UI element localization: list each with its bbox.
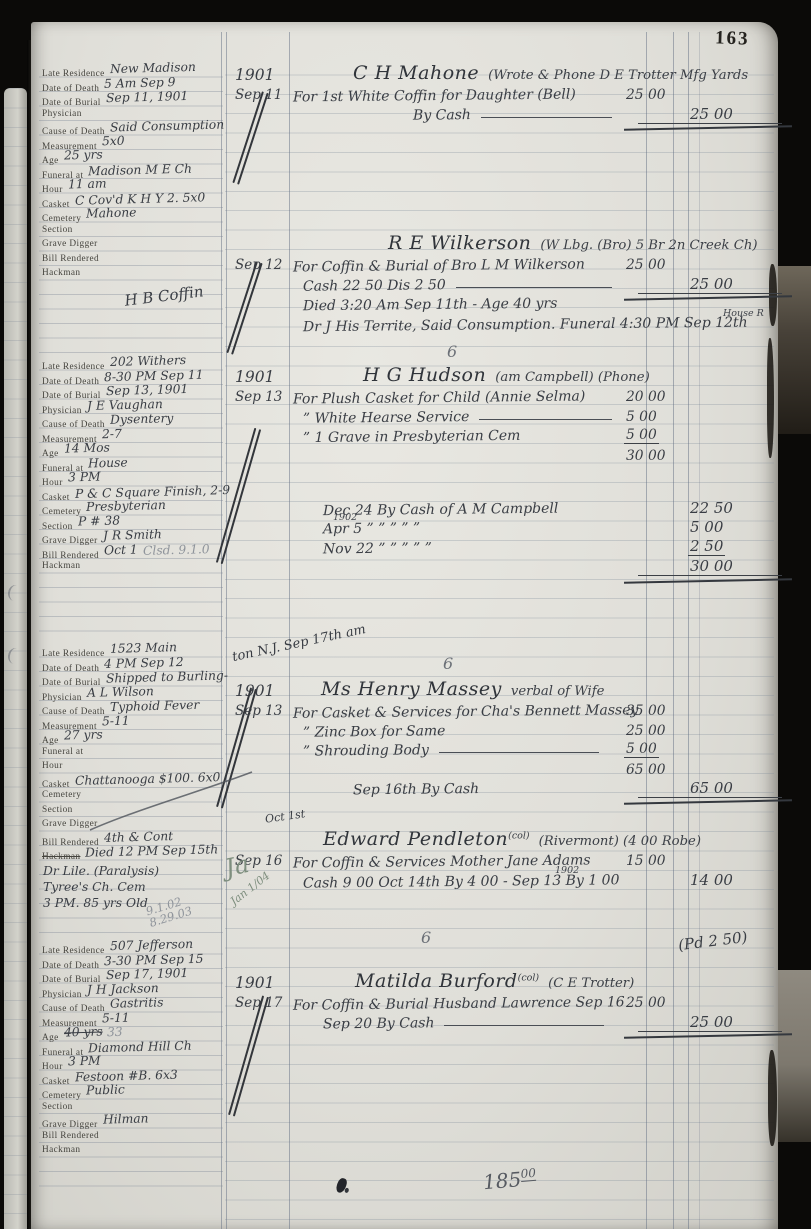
entry-header: R E Wilkerson(W Lbg. (Bro) 5 Br 2n Creek…: [231, 228, 778, 254]
credit-amount: 25 00: [688, 275, 735, 293]
form-row: Cause of DeathGastritis: [39, 998, 223, 1013]
form-row: Cause of DeathDysentery: [39, 414, 223, 429]
form-row: Age14 Mos: [39, 443, 223, 458]
credit-amount-cell: 25 00: [672, 1013, 778, 1031]
form-label: Section: [39, 225, 73, 235]
debit-amount-cell: 5 00: [624, 427, 672, 444]
form-row: Section: [39, 803, 223, 818]
debit-amount-cell: 5 00: [624, 409, 672, 425]
debit-amount: 25 00: [624, 995, 668, 1011]
entry-header: 1901H G Hudson(am Campbell) (Phone): [231, 360, 778, 386]
form-row: Bill Rendered: [39, 252, 223, 267]
form-value: 5x0: [102, 133, 125, 148]
debit-amount: 5 00: [624, 427, 659, 444]
form-value: Typhoid Fever: [110, 698, 200, 714]
form-value: Presbyterian: [86, 498, 166, 514]
debit-amount-cell: 5 00: [624, 741, 672, 758]
journal-row: 30 00: [231, 444, 778, 463]
form-label: Hackman: [39, 268, 80, 278]
journal-row: Sep 17For Coffin & Burial Husband Lawren…: [231, 992, 778, 1011]
form-label: Grave Digger: [39, 239, 98, 249]
form-label: Hackman: [39, 852, 80, 862]
journal-row: Dec 24 By Cash of A M Campbell22 50: [231, 498, 778, 517]
form-value: Mahone: [86, 205, 137, 220]
debit-amount-cell: 65 00: [624, 762, 672, 778]
credit-amount-cell: 65 00: [672, 779, 778, 797]
form-row: Cause of DeathTyphoid Fever: [39, 701, 223, 716]
title-superscript: (col): [518, 973, 540, 984]
form-value: 40 yrs: [64, 1024, 103, 1039]
form-value: Gastritis: [110, 995, 164, 1010]
debit-amount-cell: 30 00: [624, 448, 672, 464]
credit-amount: 5 00: [688, 518, 725, 536]
entry-description-cell: Died 3:20 Am Sep 11th - Age 40 yrs: [293, 296, 624, 312]
form-value: 25 yrs: [64, 147, 103, 162]
form-value: J R Smith: [102, 527, 161, 543]
entry-title-note: (Wrote & Phone D E Trotter Mfg Yards: [488, 68, 748, 83]
entry-description-cell: Apr 5 ” ” ” ” ”1902: [293, 520, 624, 536]
form-value-pencil: Clsd. 9.1.0: [143, 542, 210, 558]
footer-total-main: 185: [482, 1167, 522, 1194]
entry-date: Sep 13: [231, 389, 293, 405]
journal-entry: 6ton N.J. Sep 17th am1901Ms Henry Massey…: [231, 640, 778, 797]
form-row: CasketChattanooga $100. 6x0: [39, 774, 223, 789]
ledger-scan: { "page": { "number": "163", "footer": {…: [0, 0, 811, 1229]
debit-amount-cell: 25 00: [624, 723, 672, 739]
form-row: Section: [39, 223, 223, 238]
journal-entry: Oct 1stEdward Pendleton(col)(Rivermont) …: [231, 812, 778, 889]
tally-mark: 6: [447, 342, 457, 361]
form-label: Physician: [39, 109, 82, 119]
journal-row: Sep 11For 1st White Coffin for Daughter …: [231, 84, 778, 103]
form-value: P # 38: [78, 513, 120, 528]
journal-row: ” Shrouding Body5 00: [231, 739, 778, 758]
total-double-rule: [638, 575, 782, 584]
inline-superscript: 1902: [555, 865, 579, 876]
form-label: Hackman: [39, 561, 80, 571]
form-value: 3 PM: [68, 1054, 101, 1069]
journal-row: ” Zinc Box for Same25 00: [231, 719, 778, 738]
form-row: Hackman: [39, 559, 223, 574]
fill-dash: [439, 752, 599, 753]
footer-total: 18500: [482, 1166, 537, 1195]
form-value: J H Jackson: [87, 981, 159, 997]
entry-description-cell: ” 1 Grave in Presbyterian Cem: [293, 428, 624, 444]
entry-year: 1901: [231, 368, 293, 386]
entry-description-cell: For Coffin & Burial Husband Lawrence Sep…: [293, 995, 624, 1011]
entry-title-note: verbal of Wife: [511, 684, 605, 699]
deceased-name: H G Hudson: [363, 364, 486, 386]
journal-row: Dr J His Territe, Said Consumption. Fune…: [231, 312, 778, 331]
form-row: CemeteryMahone: [39, 208, 223, 223]
entry-description: Sep 16th By Cash: [293, 781, 479, 799]
form-label: Section: [39, 1102, 73, 1112]
ledger-page: 163 Late ResidenceNew MadisonDate of Dea…: [31, 22, 778, 1229]
record-form-block: Late Residence507 JeffersonDate of Death…: [39, 940, 223, 1190]
entry-date: Sep 13: [231, 703, 293, 719]
form-value: Diamond Hill Ch: [88, 1038, 192, 1055]
credit-amount: 2 50: [688, 537, 725, 556]
record-form-block: Late Residence1523 MainDate of Death4 PM…: [39, 643, 223, 939]
form-row: Funeral atHouse: [39, 458, 223, 473]
credit-amount: 25 00: [688, 1013, 735, 1031]
signature: H B Coffin: [88, 278, 239, 314]
entry-description-cell: For Plush Casket for Child (Annie Selma): [293, 389, 624, 405]
entry-title-wrap: H G Hudson(am Campbell) (Phone): [293, 364, 778, 386]
inline-superscript: 1902: [333, 512, 357, 523]
form-label: Hour: [39, 761, 63, 771]
entry-year: 1901: [231, 682, 293, 700]
form-value: Sep 13, 1901: [106, 382, 189, 398]
deceased-name: Edward Pendleton: [323, 828, 508, 850]
form-value: 5-11: [102, 1010, 130, 1025]
form-value: 8-30 PM Sep 11: [104, 367, 204, 384]
form-value: House: [88, 455, 128, 470]
deceased-name: R E Wilkerson: [388, 232, 531, 254]
fill-dash: [481, 117, 612, 118]
credit-amount-cell: 25 00: [672, 105, 778, 123]
form-value: C Cov'd K H Y 2. 5x0: [75, 190, 206, 207]
form-label: Bill Rendered: [39, 1131, 99, 1141]
form-label: Hackman: [39, 1145, 80, 1155]
debit-amount: 15 00: [624, 853, 668, 869]
debit-amount: 5 00: [624, 409, 659, 425]
form-value: Festoon #B. 6x3: [75, 1067, 178, 1084]
journal-column: 1901C H Mahone(Wrote & Phone D E Trotter…: [231, 22, 778, 1229]
journal-row: By Cash25 00: [231, 103, 778, 122]
tally-mark: 6: [443, 654, 453, 673]
form-row: Date of BurialSep 11, 1901: [39, 92, 223, 107]
form-row: Funeral atDiamond Hill Ch: [39, 1042, 223, 1057]
form-value: Public: [86, 1082, 125, 1097]
credit-amount-cell: 30 00: [672, 557, 778, 575]
debit-amount-cell: 15 00: [624, 853, 672, 869]
form-value: 3-30 PM Sep 15: [104, 951, 204, 968]
form-row: Cemetery: [39, 788, 223, 803]
form-label: Cemetery: [39, 790, 81, 800]
entry-header: Edward Pendleton(col)(Rivermont) (4 00 R…: [231, 824, 778, 850]
form-value: Died 12 PM Sep 15th: [85, 842, 218, 859]
journal-row: 65 00: [231, 758, 778, 777]
credit-amount: 25 00: [688, 105, 735, 123]
debit-amount: 30 00: [624, 448, 668, 464]
entry-title-wrap: Ms Henry Masseyverbal of Wife: [293, 678, 778, 700]
total-double-rule: [638, 123, 782, 132]
debit-amount: 5 00: [624, 741, 659, 758]
form-row: CemeteryPresbyterian: [39, 501, 223, 516]
form-value: Sep 17, 1901: [106, 966, 189, 982]
entry-header: 1901Ms Henry Masseyverbal of Wife: [231, 674, 778, 700]
form-margin-note: Tyree's Ch. Cem: [43, 879, 146, 895]
journal-row: ” White Hearse Service5 00: [231, 405, 778, 424]
total-double-rule: [638, 1031, 782, 1040]
entry-title-wrap: C H Mahone(Wrote & Phone D E Trotter Mfg…: [293, 62, 778, 84]
entry-title-wrap: R E Wilkerson(W Lbg. (Bro) 5 Br 2n Creek…: [293, 232, 778, 254]
form-value: Sep 11, 1901: [106, 89, 189, 105]
title-superscript: (col): [508, 831, 530, 842]
inline-superscript: House R: [723, 308, 764, 319]
credit-amount: 65 00: [688, 779, 735, 797]
form-value: New Madison: [109, 60, 195, 76]
paid-note: (Pd 2 50): [678, 928, 749, 954]
entry-title-wrap: Edward Pendleton(col)(Rivermont) (4 00 R…: [293, 828, 778, 850]
entry-description-cell: Cash 9 00 Oct 14th By 4 00 - Sep 13 By 1…: [293, 873, 624, 889]
debit-amount-cell: 25 00: [624, 257, 672, 273]
entry-title-wrap: Matilda Burford(col)(C E Trotter): [293, 970, 778, 992]
journal-row: Sep 16For Coffin & Services Mother Jane …: [231, 850, 778, 869]
form-row: CemeteryPublic: [39, 1085, 223, 1100]
form-label: Grave Digger: [39, 819, 98, 829]
form-row: Funeral atMadison M E Ch: [39, 165, 223, 180]
form-row: CasketFestoon #B. 6x3: [39, 1071, 223, 1086]
form-value: 4th & Cont: [104, 829, 173, 845]
credit-amount-cell: 2 50: [672, 537, 778, 556]
journal-row: Died 3:20 Am Sep 11th - Age 40 yrs: [231, 293, 778, 312]
edge-handwriting-mark: [6, 647, 23, 666]
entry-title-note: (Rivermont) (4 00 Robe): [539, 834, 701, 849]
entry-description-cell: ” Shrouding Body: [293, 742, 624, 758]
credit-amount-cell: 14 00: [672, 871, 778, 889]
entry-description-cell: Sep 16th By Cash: [293, 781, 624, 797]
entry-description-cell: For Casket & Services for Cha's Bennett …: [293, 703, 624, 719]
entry-description-cell: Sep 20 By Cash: [293, 1015, 624, 1031]
journal-row: Sep 16th By Cash65 00: [231, 778, 778, 797]
deceased-name: Ms Henry Massey: [321, 678, 502, 700]
credit-amount: 14 00: [688, 871, 735, 889]
journal-row: 30 00: [231, 556, 778, 575]
form-label: Funeral at: [39, 747, 83, 757]
entry-title-note: (W Lbg. (Bro) 5 Br 2n Creek Ch): [540, 238, 757, 253]
journal-entry: 1901C H Mahone(Wrote & Phone D E Trotter…: [231, 58, 778, 123]
entry-title-note: (C E Trotter): [548, 976, 634, 991]
fill-dash: [479, 419, 612, 420]
entry-header: 1901C H Mahone(Wrote & Phone D E Trotter…: [231, 58, 778, 84]
journal-row: [231, 464, 778, 498]
total-double-rule: [638, 797, 782, 806]
form-value: 1523 Main: [109, 640, 176, 656]
tally-mark: 6: [421, 928, 431, 947]
previous-page-edge: [4, 88, 27, 1229]
entry-year: 1901: [231, 66, 293, 84]
credit-amount-cell: 5 00: [672, 518, 778, 536]
journal-row: ” 1 Grave in Presbyterian Cem5 00: [231, 425, 778, 444]
form-label: Section: [39, 805, 73, 815]
entry-description: Dr J His Territe, Said Consumption. Fune…: [293, 314, 748, 335]
footer-total-cents: 00: [520, 1166, 537, 1182]
form-row: Grave Digger: [39, 237, 223, 252]
credit-amount: 22 50: [688, 499, 735, 517]
pencil-date-note: 9.1.028.29.03: [144, 893, 193, 929]
debit-amount: 25 00: [624, 87, 668, 103]
form-row: Cause of DeathSaid Consumption: [39, 121, 223, 136]
form-value: 5 Am Sep 9: [104, 75, 176, 91]
form-value: J E Vaughan: [87, 397, 163, 413]
debit-amount: 20 00: [624, 389, 668, 405]
edge-handwriting-mark: [6, 584, 23, 603]
entry-description-cell: ” White Hearse Service: [293, 409, 624, 425]
form-margin-note: 3 PM. 85 yrs Old: [43, 895, 148, 911]
form-value: 4 PM Sep 12: [104, 654, 184, 670]
form-row: Bill Rendered: [39, 1129, 223, 1144]
record-form-block: Late ResidenceNew MadisonDate of Death5 …: [39, 63, 223, 353]
form-margin-note: Dr Lile. (Paralysis): [43, 863, 159, 879]
form-row: HackmanDied 12 PM Sep 15th: [39, 846, 223, 861]
form-value: Dysentery: [110, 411, 174, 427]
form-value: 11 am: [68, 176, 107, 191]
entry-description-cell: Cash 22 50 Dis 2 50: [293, 277, 624, 293]
form-value: 3 PM: [68, 470, 101, 485]
journal-row: Apr 5 ” ” ” ” ”19025 00: [231, 517, 778, 536]
form-row: Bill RenderedOct 1Clsd. 9.1.0: [39, 545, 223, 560]
entry-description-cell: ” Zinc Box for Same: [293, 723, 624, 739]
form-value: 5-11: [102, 713, 130, 728]
entry-header: 1901Matilda Burford(col)(C E Trotter): [231, 966, 778, 992]
debit-amount-cell: 25 00: [624, 87, 672, 103]
form-row: Grave DiggerHilman: [39, 1114, 223, 1129]
entry-description-cell: For 1st White Coffin for Daughter (Bell): [293, 87, 624, 103]
entry-description-cell: Dr J His Territe, Said Consumption. Fune…: [293, 316, 624, 332]
form-value: 2-7: [102, 426, 122, 441]
entry-description: Sep 20 By Cash: [293, 1015, 435, 1032]
journal-row: Sep 20 By Cash25 00: [231, 1011, 778, 1030]
journal-row: Cash 9 00 Oct 14th By 4 00 - Sep 13 By 1…: [231, 869, 778, 888]
credit-amount: 30 00: [688, 557, 735, 575]
credit-amount-cell: 22 50: [672, 499, 778, 517]
deceased-name: C H Mahone: [353, 62, 479, 84]
entry-title-note: (am Campbell) (Phone): [495, 370, 650, 385]
form-row: Hackman: [39, 1143, 223, 1158]
journal-entry: R E Wilkerson(W Lbg. (Bro) 5 Br 2n Creek…: [231, 228, 778, 332]
debit-amount: 25 00: [624, 723, 668, 739]
form-value: A L Wilson: [87, 684, 154, 700]
journal-row: Sep 13For Casket & Services for Cha's Be…: [231, 700, 778, 719]
entry-description: By Cash: [293, 107, 471, 125]
carryover-note: ton N.J. Sep 17th am: [231, 622, 367, 665]
form-value: 27 yrs: [64, 727, 103, 742]
form-value: 507 Jefferson: [109, 937, 192, 953]
form-value: Oct 1: [104, 542, 138, 557]
journal-row: Cash 22 50 Dis 2 5025 00: [231, 273, 778, 292]
form-value: Hilman: [102, 1111, 148, 1126]
debit-amount: 65 00: [624, 762, 668, 778]
journal-entry: 61901H G Hudson(am Campbell) (Phone)Sep …: [231, 344, 778, 575]
fill-dash: [444, 1025, 604, 1026]
debit-amount-cell: 25 00: [624, 995, 672, 1011]
form-label: Bill Rendered: [39, 254, 99, 264]
entry-year: 1901: [231, 974, 293, 992]
form-value: Said Consumption: [110, 118, 224, 135]
form-value-correction: 33: [107, 1025, 123, 1039]
form-row: Age27 yrs: [39, 730, 223, 745]
journal-row: Sep 12For Coffin & Burial of Bro L M Wil…: [231, 254, 778, 273]
journal-row: Sep 13For Plush Casket for Child (Annie …: [231, 386, 778, 405]
form-row: Funeral at: [39, 745, 223, 760]
fill-dash: [456, 287, 612, 288]
form-row: Hackman: [39, 266, 223, 281]
deceased-name: Matilda Burford: [355, 970, 518, 992]
debit-amount-cell: 20 00: [624, 389, 672, 405]
form-value: Shipped to Burling-: [106, 668, 228, 685]
entry-description-cell: For Coffin & Burial of Bro L M Wilkerson: [293, 257, 624, 273]
entry-description-cell: By Cash: [293, 107, 624, 123]
credit-amount-cell: 25 00: [672, 275, 778, 293]
debit-amount: 25 00: [624, 257, 668, 273]
record-form-block: Late Residence202 WithersDate of Death8-…: [39, 356, 223, 636]
journal-row: Nov 22 ” ” ” ” ”2 50: [231, 536, 778, 555]
form-value: Madison M E Ch: [88, 161, 192, 178]
entry-description-cell: Nov 22 ” ” ” ” ”: [293, 540, 624, 556]
column-rule: [226, 32, 227, 1229]
date-superscript: Oct 1st: [264, 807, 306, 825]
journal-entry: 6(Pd 2 50)1901Matilda Burford(col)(C E T…: [231, 920, 778, 1031]
form-value: 14 Mos: [64, 440, 110, 455]
form-value: 202 Withers: [109, 353, 185, 369]
